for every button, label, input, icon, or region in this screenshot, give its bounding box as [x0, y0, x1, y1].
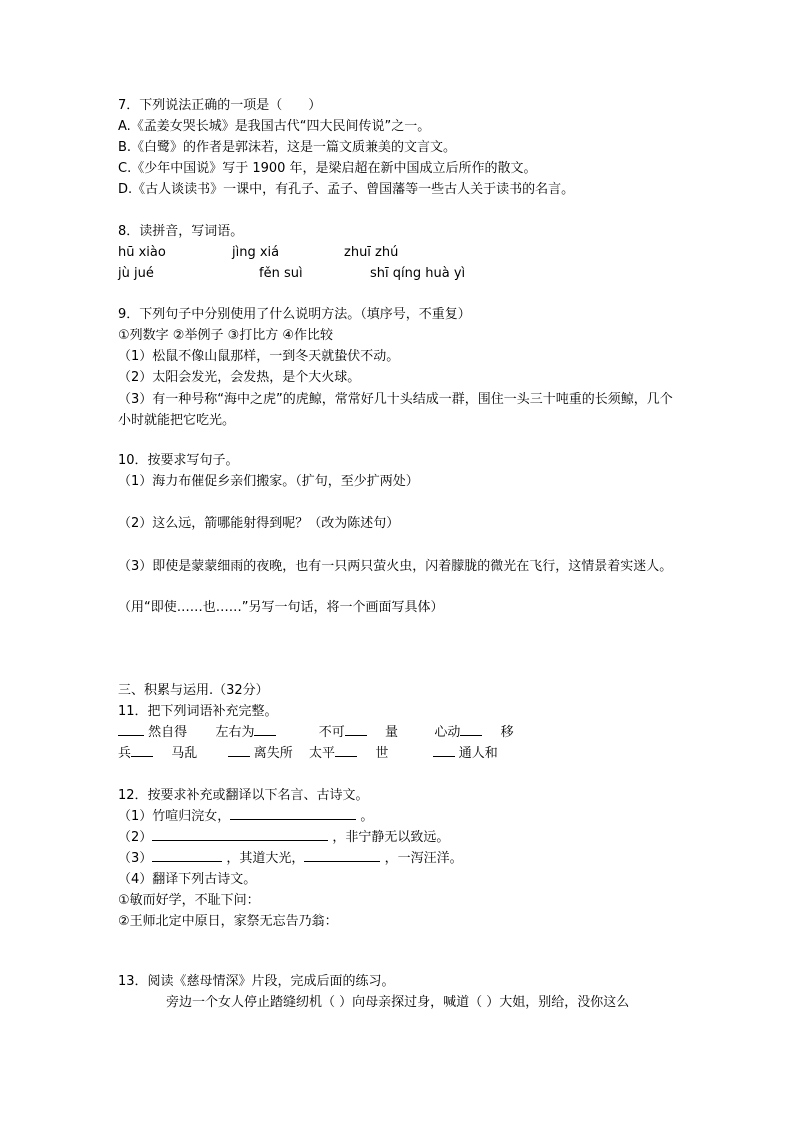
q9-stem: 9．下列句子中分别使用了什么说明方法。（填序号，不重复） — [118, 305, 471, 325]
q11-blank[interactable] — [228, 744, 250, 757]
q11-blank[interactable] — [118, 723, 144, 736]
q11-blank[interactable] — [433, 744, 455, 757]
q10-item-2: （2）这么远，箭哪能射得到呢？（改为陈述句） — [118, 514, 399, 534]
q7-stem: 7．下列说法正确的一项是（ ） — [118, 96, 321, 116]
q10-item-3: （3）即使是蒙蒙细雨的夜晚，也有一只两只萤火虫，闪着朦胧的微光在飞行，这情景着实… — [118, 556, 678, 577]
q12-translate-2: ②王师北定中原日，家祭无忘告乃翁： — [118, 912, 338, 932]
q11-blank[interactable] — [460, 723, 482, 736]
q12-item-3: （3） ，其道大光， ，一泻汪洋。 — [118, 849, 463, 869]
q12-stem: 12．按要求补充或翻译以下名言、古诗文。 — [118, 786, 369, 806]
q12-blank-2[interactable] — [152, 828, 328, 841]
q11-blank[interactable] — [131, 744, 153, 757]
q8-pinyin-1: hū xiào — [118, 243, 166, 263]
q7-option-c: C.《少年中国说》写于 1900 年，是梁启超在新中国成立后所作的散文。 — [118, 159, 537, 179]
q8-pinyin-6: shī qíng huà yì — [370, 264, 465, 284]
q12-translate-1: ①敏而好学，不耻下问： — [118, 891, 260, 911]
section-3-title: 三、积累与运用.（32分） — [118, 681, 269, 701]
q10-stem: 10．按要求写句子。 — [118, 451, 239, 471]
q9-item-2: （2）太阳会发光，会发热，是个大火球。 — [118, 368, 360, 388]
q11-row-1: 然自得 左右为 不可 量 心动 移 — [118, 723, 514, 743]
q11-blank[interactable] — [254, 723, 276, 736]
q8-pinyin-5: fěn suì — [259, 264, 303, 284]
q9-item-3: （3）有一种号称“海中之虎”的虎鲸，常常好几十头结成一群，围住一头三十吨重的长须… — [118, 389, 678, 431]
q7-option-b: B.《白鹭》的作者是郭沫若，这是一篇文质兼美的文言文。 — [118, 138, 456, 158]
q12-blank-1[interactable] — [230, 807, 356, 820]
q7-option-a: A.《孟姜女哭长城》是我国古代“四大民间传说”之一。 — [118, 117, 430, 137]
q9-item-1: （1）松鼠不像山鼠那样，一到冬天就蛰伏不动。 — [118, 347, 399, 367]
q7-option-d: D.《古人谈读书》一课中，有孔子、孟子、曾国藩等一些古人关于读书的名言。 — [118, 180, 574, 200]
q12-item-1: （1）竹喧归浣女， 。 — [118, 807, 373, 827]
q12-item-2: （2） ，非宁静无以致远。 — [118, 828, 449, 848]
q9-methods: ①列数字 ②举例子 ③打比方 ④作比较 — [118, 326, 333, 346]
q8-stem: 8．读拼音，写词语。 — [118, 222, 243, 242]
q13-paragraph: 旁边一个女人停止踏缝纫机（ ）向母亲探过身，喊道（ ）大姐，别给，没你这么 — [166, 993, 629, 1013]
q13-stem: 13．阅读《慈母情深》片段，完成后面的练习。 — [118, 972, 395, 992]
q8-pinyin-2: jìng xiá — [232, 243, 279, 263]
q11-row-2: 兵 马乱 离失所 太平 世 通人和 — [118, 744, 498, 764]
q11-blank[interactable] — [345, 723, 367, 736]
q10-item-1: （1）海力布催促乡亲们搬家。（扩句，至少扩两处） — [118, 472, 419, 492]
q8-pinyin-3: zhuī zhú — [344, 243, 398, 263]
q11-blank[interactable] — [335, 744, 357, 757]
q12-blank-4[interactable] — [304, 849, 380, 862]
q10-note: （用“即使……也……”另写一句话，将一个画面写具体） — [118, 598, 443, 618]
q11-stem: 11．把下列词语补充完整。 — [118, 702, 278, 722]
q12-blank-3[interactable] — [152, 849, 222, 862]
q12-item-4: （4）翻译下列古诗文。 — [118, 870, 256, 890]
q8-pinyin-4: jù jué — [118, 264, 154, 284]
